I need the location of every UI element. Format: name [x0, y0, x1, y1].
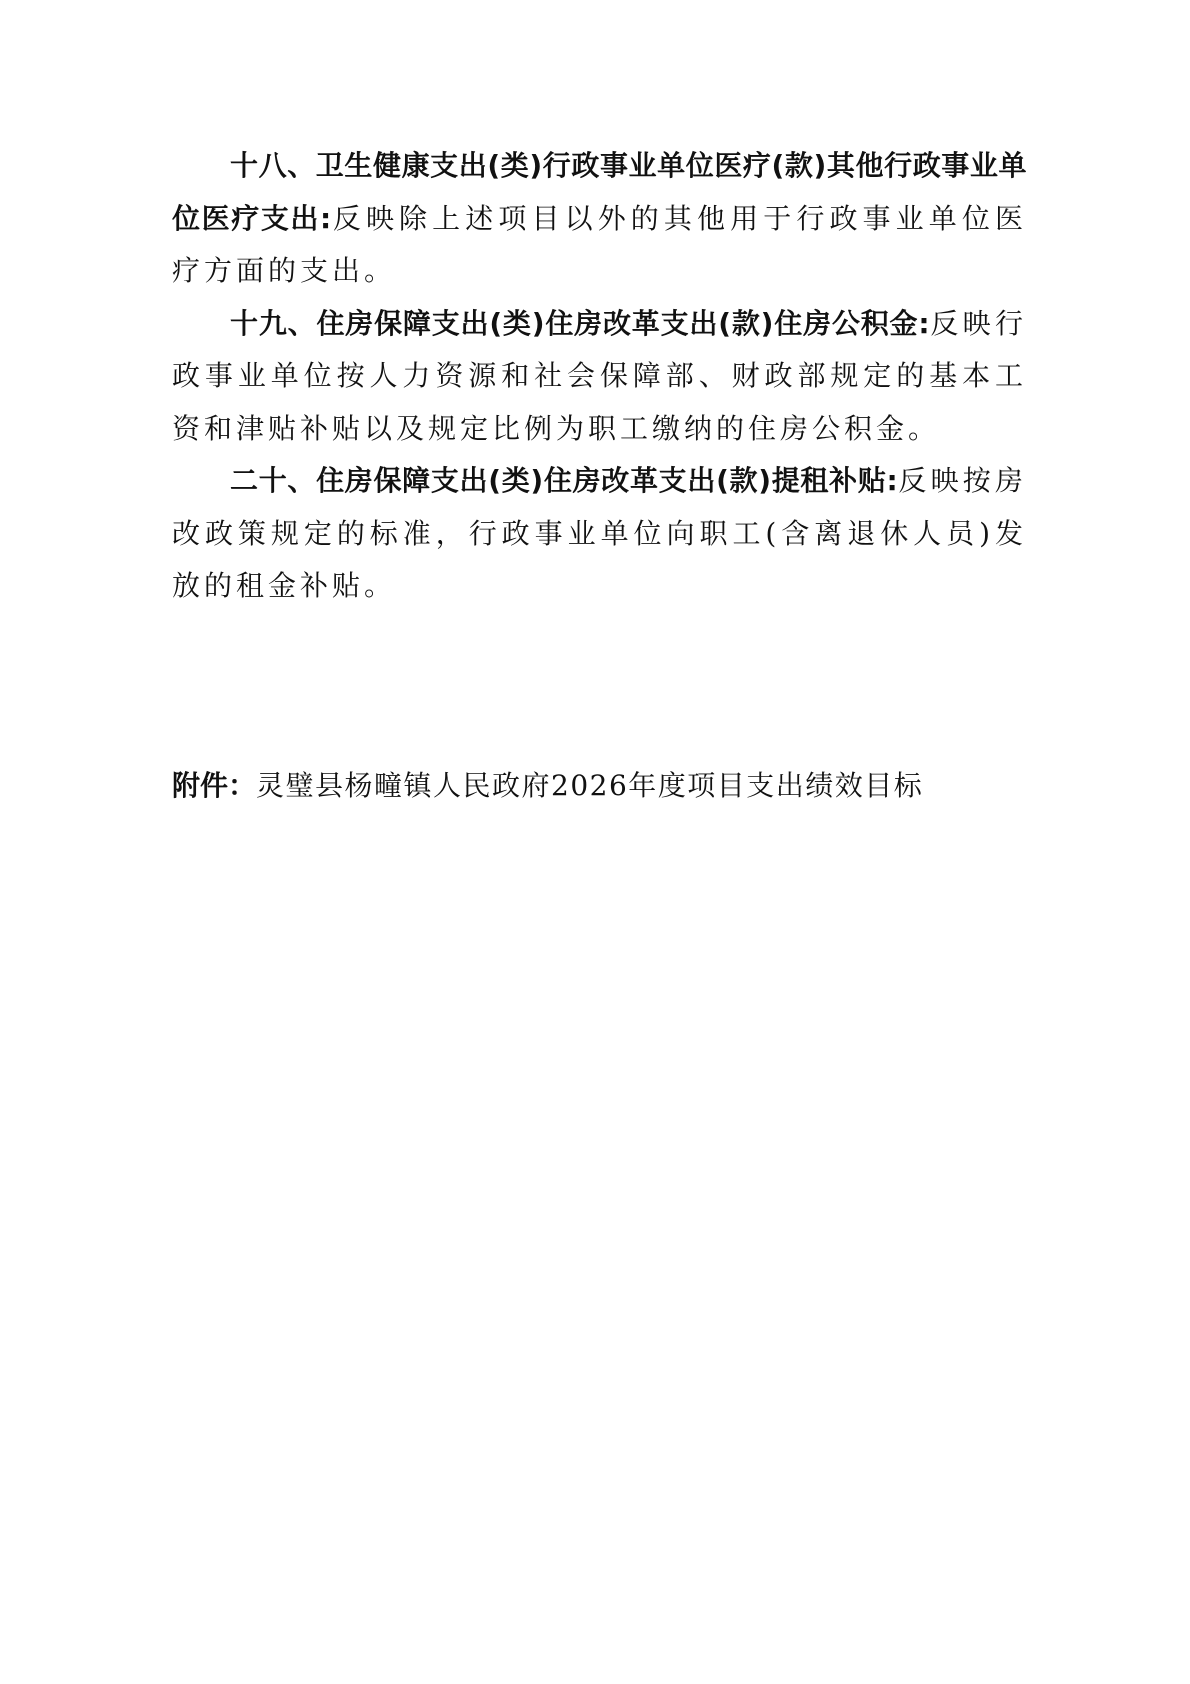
attachment-label: 附件： — [172, 769, 256, 802]
attachment-line: 附件：灵璧县杨疃镇人民政府2026年度项目支出绩效目标 — [172, 766, 923, 806]
document-page: 十八、卫生健康支出(类)行政事业单位医疗(款)其他行政事业单位医疗支出:反映除上… — [172, 140, 1027, 613]
paragraph-item-20: 二十、住房保障支出(类)住房改革支出(款)提租补贴:反映按房改政策规定的标准，行… — [172, 455, 1027, 613]
paragraph-heading: 二十、住房保障支出(类)住房改革支出(款)提租补贴: — [230, 464, 898, 497]
attachment-title: 灵璧县杨疃镇人民政府2026年度项目支出绩效目标 — [256, 769, 923, 802]
paragraph-item-19: 十九、住房保障支出(类)住房改革支出(款)住房公积金:反映行政事业单位按人力资源… — [172, 298, 1027, 456]
paragraph-heading: 十九、住房保障支出(类)住房改革支出(款)住房公积金: — [230, 307, 930, 340]
paragraph-item-18: 十八、卫生健康支出(类)行政事业单位医疗(款)其他行政事业单位医疗支出:反映除上… — [172, 140, 1027, 298]
